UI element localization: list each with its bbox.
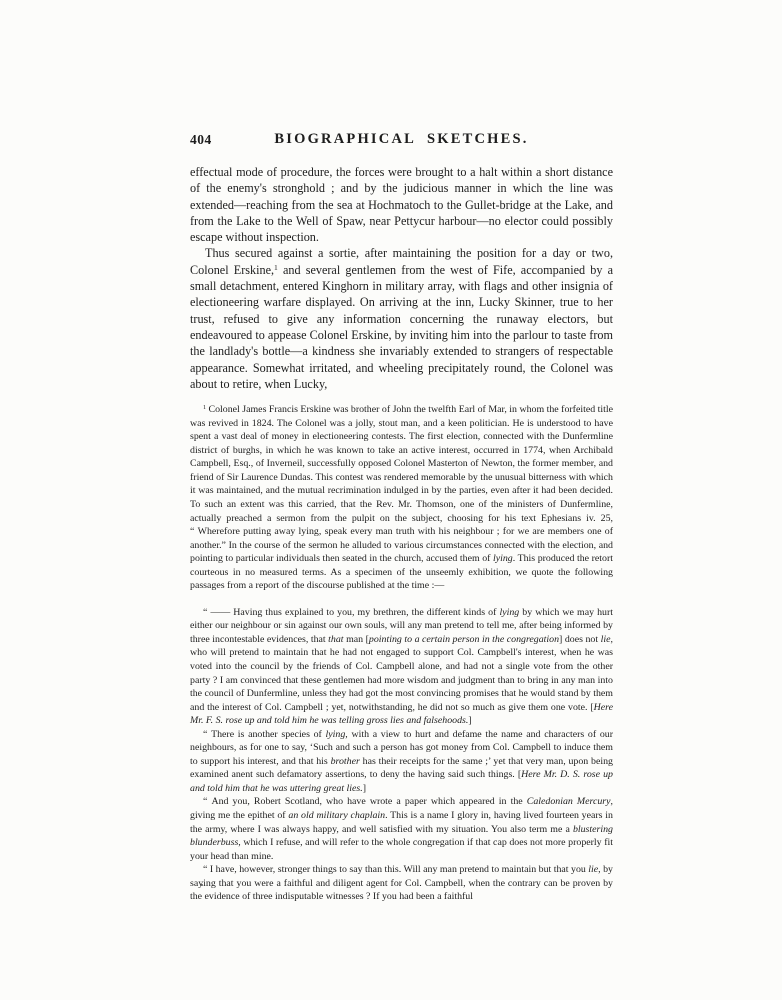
- footnote-paragraph: 1 Colonel James Francis Erskine was brot…: [190, 403, 613, 593]
- footnote-quote-paragraph: “ There is another species of lying, wit…: [190, 728, 613, 796]
- body-paragraph-continued: effectual mode of procedure, the forces …: [190, 164, 613, 245]
- footnote-block: 1 Colonel James Francis Erskine was brot…: [190, 403, 613, 904]
- scan-speck: [201, 884, 203, 886]
- running-title: BIOGRAPHICAL SKETCHES.: [190, 131, 613, 148]
- page-header: 404 BIOGRAPHICAL SKETCHES.: [190, 131, 613, 150]
- main-text: effectual mode of procedure, the forces …: [190, 164, 613, 392]
- book-page: 404 BIOGRAPHICAL SKETCHES. effectual mod…: [0, 0, 782, 1000]
- text-column: 404 BIOGRAPHICAL SKETCHES. effectual mod…: [190, 131, 613, 904]
- footnote-quote-paragraph: “ I have, however, stronger things to sa…: [190, 863, 613, 904]
- body-paragraph: Thus secured against a sortie, after mai…: [190, 245, 613, 392]
- page-number: 404: [190, 132, 212, 148]
- footnote-quote-paragraph: “ —— Having thus explained to you, my br…: [190, 606, 613, 728]
- footnote-quote-paragraph: “ And you, Robert Scotland, who have wro…: [190, 795, 613, 863]
